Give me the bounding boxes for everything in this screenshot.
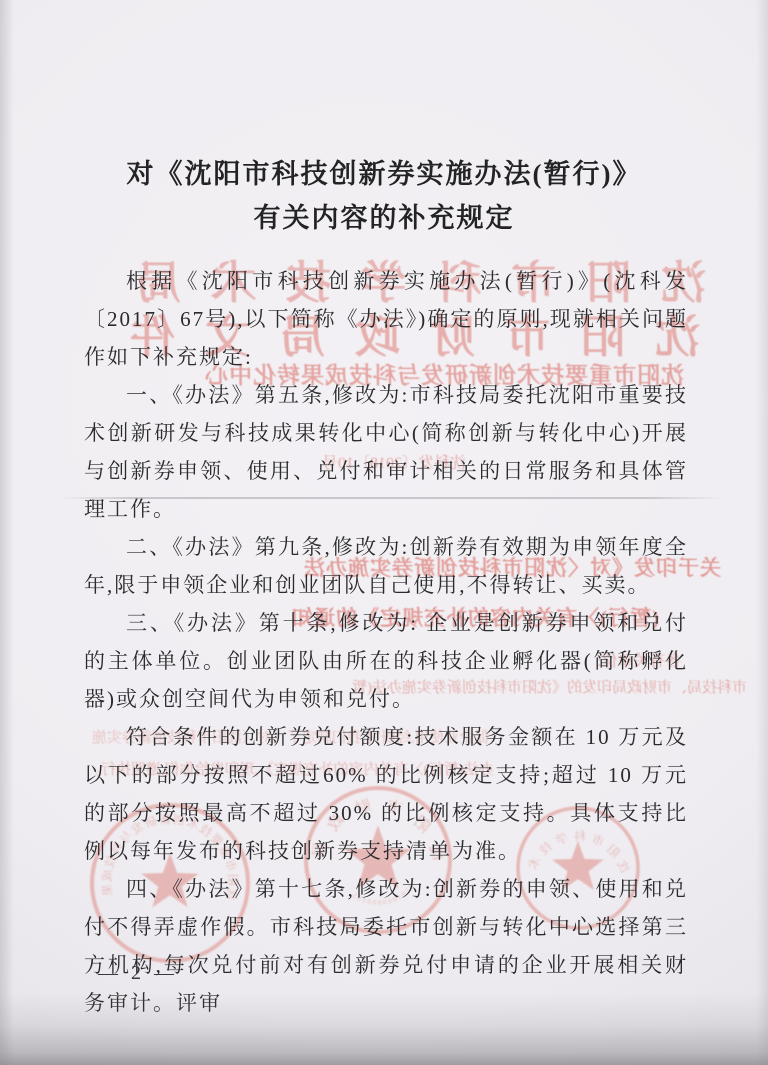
paper-crease-line xyxy=(58,497,724,499)
body-paragraph: 三、《办法》第十条,修改为: 企业是创新券申领和兑付的主体单位。创业团队由所在的… xyxy=(84,604,688,718)
body-paragraph: 根据《沈阳市科技创新券实施办法(暂行)》(沈科发〔2017〕67号),以下简称《… xyxy=(84,262,688,376)
document-ink-layer: 对《沈阳市科技创新券实施办法(暂行)》 有关内容的补充规定 根据《沈阳市科技创新… xyxy=(0,0,768,1065)
document-title: 对《沈阳市科技创新券实施办法(暂行)》 有关内容的补充规定 xyxy=(64,152,704,240)
page-number: — 2 — xyxy=(98,962,178,985)
document-body: 根据《沈阳市科技创新券实施办法(暂行)》(沈科发〔2017〕67号),以下简称《… xyxy=(84,262,688,1022)
body-paragraph: 四、《办法》第十七条,修改为:创新券的申领、使用和兑付不得弄虚作假。市科技局委托… xyxy=(84,870,688,1022)
scanned-document-page: 沈阳市科学技术局 沈阳市财政局文件 沈阳市重要技术创新研发与科技成果转化中心 沈… xyxy=(0,0,768,1065)
document-title-line-2: 有关内容的补充规定 xyxy=(64,196,704,240)
body-paragraph: 符合条件的创新券兑付额度:技术服务金额在 10 万元及以下的部分按照不超过60%… xyxy=(84,718,688,870)
document-title-line-1: 对《沈阳市科技创新券实施办法(暂行)》 xyxy=(64,152,704,196)
body-paragraph: 二、《办法》第九条,修改为:创新券有效期为申领年度全年,限于申领企业和创业团队自… xyxy=(84,528,688,604)
body-paragraph: 一、《办法》第五条,修改为:市科技局委托沈阳市重要技术创新研发与科技成果转化中心… xyxy=(84,376,688,528)
